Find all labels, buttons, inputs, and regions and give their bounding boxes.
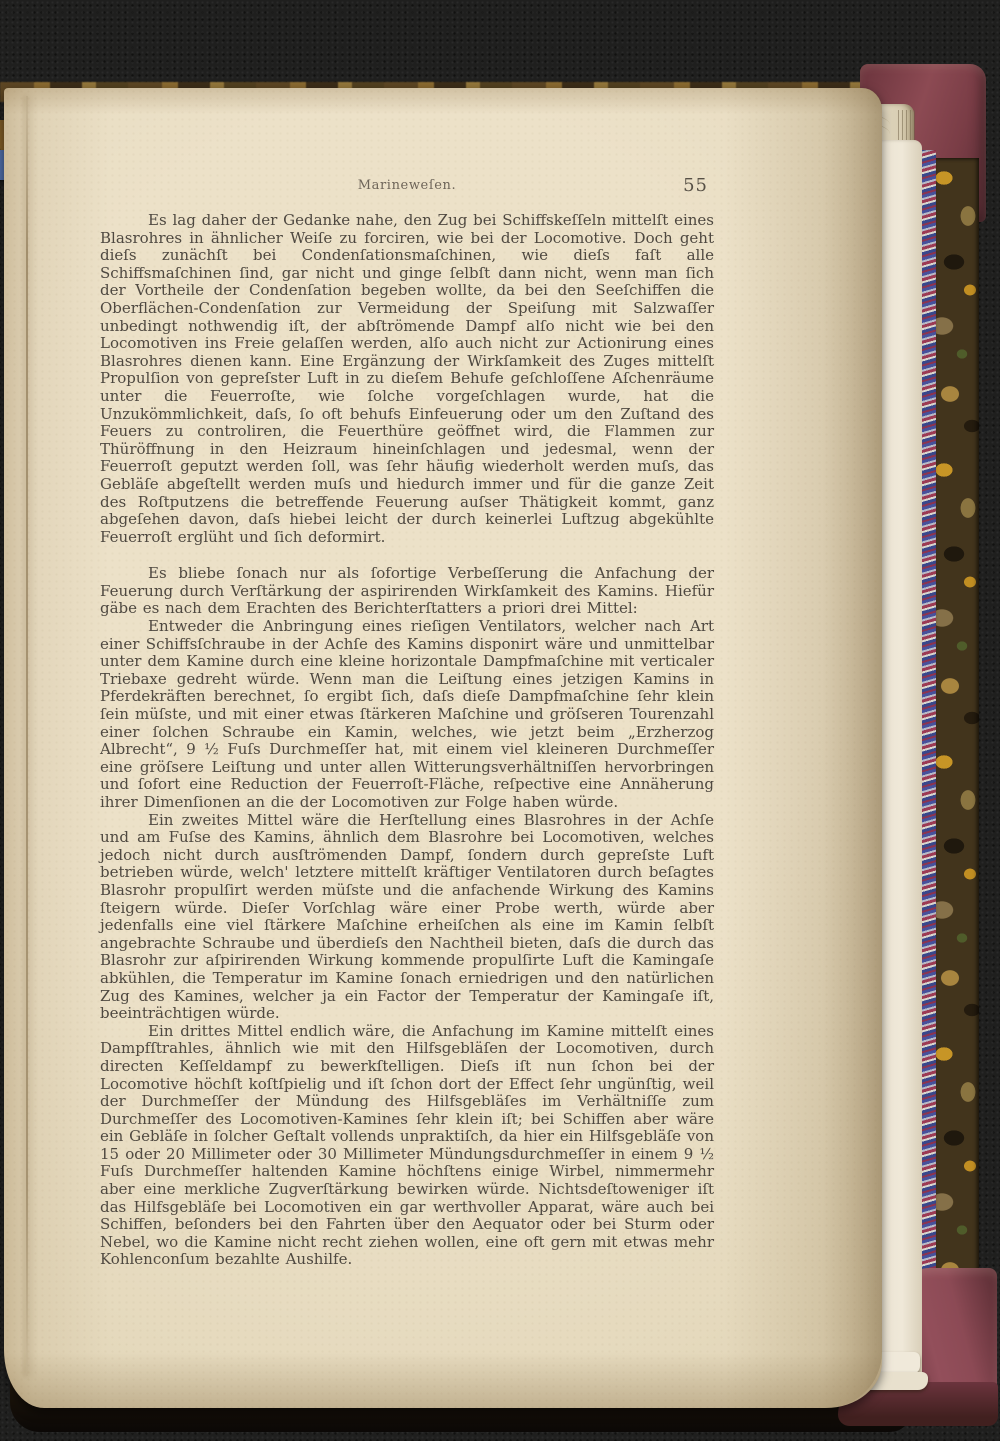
- page-number: 55: [683, 175, 708, 196]
- book-page: Marineweſen. 55 Es lag daher der Gedanke…: [4, 88, 882, 1408]
- paragraph: Es lag daher der Gedanke nahe, den Zug b…: [100, 212, 714, 546]
- scanned-book-photo: { "document": { "running_title": "Marine…: [0, 0, 1000, 1441]
- paragraph: Entweder die Anbringung eines rieſigen V…: [100, 618, 714, 812]
- paragraph: Ein zweites Mittel wäre die Herſtellung …: [100, 812, 714, 1023]
- running-head: Marineweſen. 55: [100, 178, 714, 198]
- cover-marbled-paper: [932, 158, 979, 1286]
- paragraph: Es bliebe ſonach nur als ſofortige Verbe…: [100, 565, 714, 618]
- running-title: Marineweſen.: [100, 178, 714, 193]
- body-text: Es lag daher der Gedanke nahe, den Zug b…: [100, 212, 714, 1269]
- paragraph: Ein drittes Mittel endlich wäre, die Anf…: [100, 1023, 714, 1269]
